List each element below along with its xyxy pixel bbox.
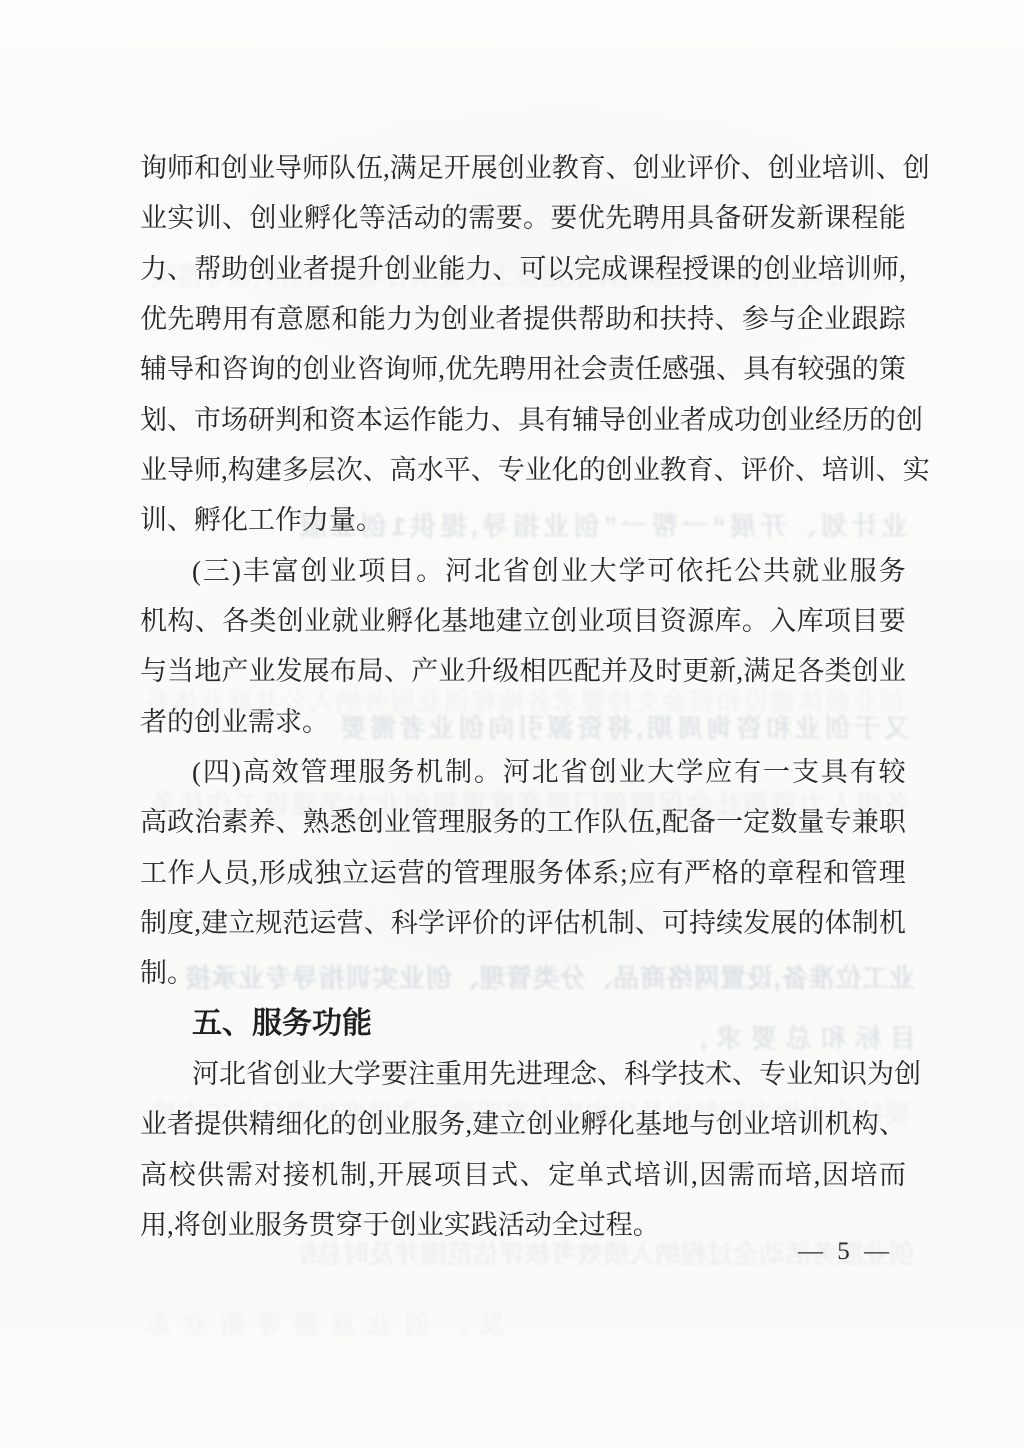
page-number: — 5 — (798, 1238, 893, 1266)
bleedthrough-text: 发、创业直播等新业态 (145, 1306, 505, 1342)
text-line: 者的创业需求。 (140, 697, 906, 747)
text-line: 业者提供精细化的创业服务,建立创业孵化基地与创业培训机构、 (140, 1099, 906, 1149)
text-line: 询师和创业导师队伍,满足开展创业教育、创业评价、创业培训、创 (140, 143, 906, 193)
text-line: (三)丰富创业项目。河北省创业大学可依托公共就业服务 (140, 546, 906, 596)
text-line: 用,将创业服务贯穿于创业实践活动全过程。 (140, 1200, 906, 1250)
section-heading: 五、服务功能 (140, 999, 906, 1049)
text-line: (四)高效管理服务机制。河北省创业大学应有一支具有较 (140, 747, 906, 797)
text-line: 辅导和咨询的创业咨询师,优先聘用社会责任感强、具有较强的策 (140, 344, 906, 394)
text-line: 高校供需对接机制,开展项目式、定单式培训,因需而培,因培而 (140, 1150, 906, 1200)
text-line: 制度,建立规范运营、科学评价的评估机制、可持续发展的体制机 (140, 898, 906, 948)
document-text-block: 询师和创业导师队伍,满足开展创业教育、创业评价、创业培训、创业实训、创业孵化等活… (140, 143, 906, 1250)
text-line: 与当地产业发展布局、产业升级相匹配并及时更新,满足各类创业 (140, 646, 906, 696)
text-line: 训、孵化工作力量。 (140, 495, 906, 545)
text-line: 力、帮助创业者提升创业能力、可以完成课程授课的创业培训师, (140, 244, 906, 294)
text-line: 业实训、创业孵化等活动的需要。要优先聘用具备研发新课程能 (140, 193, 906, 243)
text-line: 业导师,构建多层次、高水平、专业化的创业教育、评价、培训、实 (140, 445, 906, 495)
text-line: 制。 (140, 948, 906, 998)
document-page: 创业培训机构和创业服务体系建设工作要求各地加强组织领导落实业计划、开展“一帮一”… (0, 0, 1024, 1448)
text-line: 河北省创业大学要注重用先进理念、科学技术、专业知识为创 (140, 1049, 906, 1099)
text-line: 机构、各类创业就业孵化基地建立创业项目资源库。入库项目要 (140, 596, 906, 646)
text-line: 工作人员,形成独立运营的管理服务体系;应有严格的章程和管理 (140, 848, 906, 898)
text-line: 划、市场研判和资本运作能力、具有辅导创业者成功创业经历的创 (140, 395, 906, 445)
text-line: 高政治素养、熟悉创业管理服务的工作队伍,配备一定数量专兼职 (140, 797, 906, 847)
text-line: 优先聘用有意愿和能力为创业者提供帮助和扶持、参与企业跟踪 (140, 294, 906, 344)
